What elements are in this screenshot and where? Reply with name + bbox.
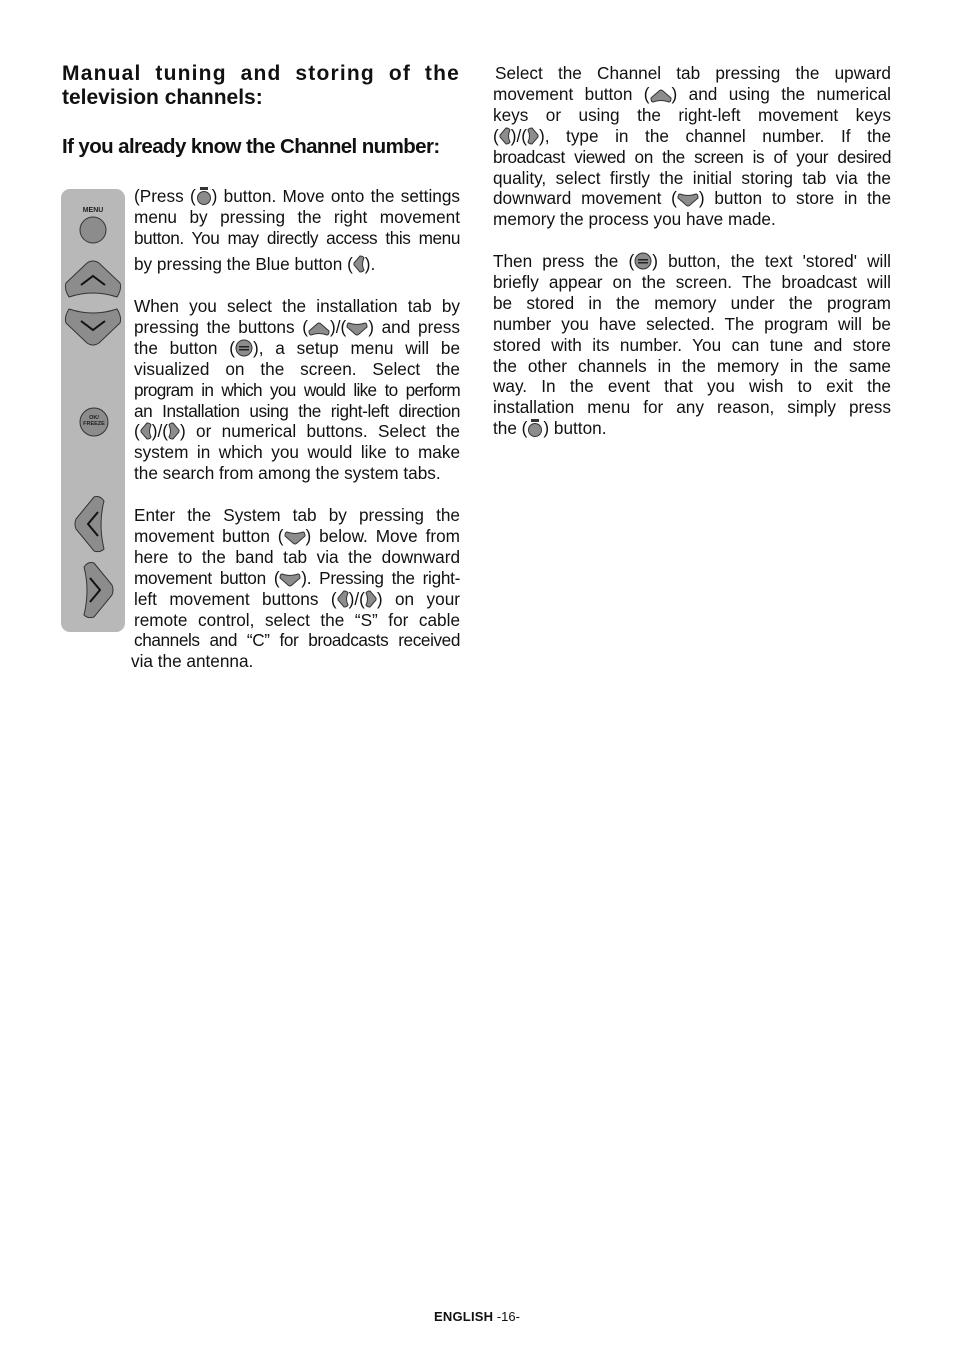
down-button-inline-icon xyxy=(346,322,368,336)
footer-language: ENGLISH xyxy=(434,1309,493,1324)
section-title-line2: television channels: xyxy=(62,86,263,109)
right-button-inline-icon xyxy=(365,590,377,608)
down-button-inline-icon xyxy=(279,573,301,587)
right-paragraph-2: Then press the () button, the text 'stor… xyxy=(493,251,891,439)
right-paragraph-1: Select the Channel tab pressing the upwa… xyxy=(493,63,891,230)
section-title-line1: Manual tuning and storing of the xyxy=(62,62,460,86)
right-button-inline-icon xyxy=(168,422,180,440)
left-button-inline-icon xyxy=(337,590,349,608)
down-button-inline-icon xyxy=(284,531,306,545)
up-button-inline-icon xyxy=(650,89,672,103)
up-button-inline-icon xyxy=(308,322,330,336)
left-button-icon xyxy=(74,495,114,553)
page-number: -16- xyxy=(497,1309,520,1324)
left-button-inline-icon xyxy=(140,422,152,440)
ok-button-inline-icon xyxy=(634,252,652,270)
left-button-inline-icon xyxy=(499,127,511,145)
left-paragraph-3: Enter the System tab by pressing the mov… xyxy=(134,505,460,672)
down-button-icon xyxy=(63,303,123,347)
left-paragraph-1: (Press () button. Move onto the settings… xyxy=(134,186,460,275)
blue-left-button-inline-icon xyxy=(353,255,365,273)
up-button-icon xyxy=(63,259,123,303)
section-subtitle: If you already know the Channel number: xyxy=(62,134,462,160)
right-button-icon xyxy=(74,561,114,619)
ok-freeze-label: OK/ FREEZE xyxy=(79,415,109,427)
remote-control-illustration: MENU OK/ FREEZE xyxy=(61,189,125,632)
menu-button-inline-icon xyxy=(196,187,212,205)
right-button-inline-icon xyxy=(527,127,539,145)
left-paragraph-2: When you select the installation tab by … xyxy=(134,296,460,484)
menu-button-icon xyxy=(79,215,107,245)
down-button-inline-icon xyxy=(677,193,699,207)
section-title: Manual tuning and storing of the televis… xyxy=(62,62,460,110)
menu-button-inline-icon xyxy=(527,419,543,437)
menu-label: MENU xyxy=(61,207,125,214)
ok-button-inline-icon xyxy=(235,339,253,357)
page-footer: ENGLISH -16- xyxy=(0,1309,954,1324)
